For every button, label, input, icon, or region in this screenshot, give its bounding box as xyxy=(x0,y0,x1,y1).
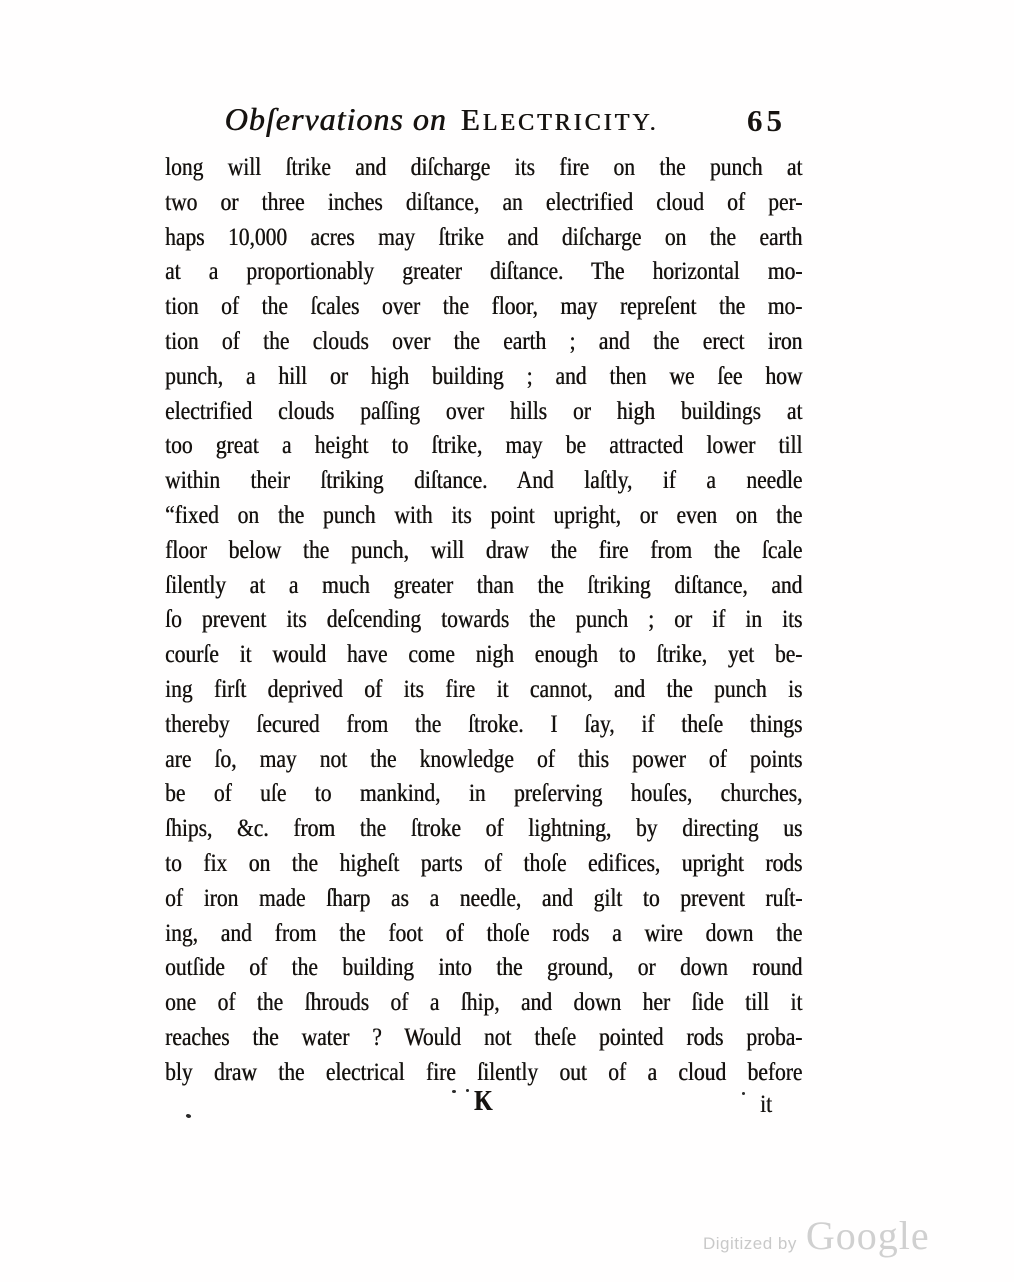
text-line: thereby ſecured from the ſtroke. I ſay, … xyxy=(165,707,802,742)
text-line: punch, a hill or high building ; and the… xyxy=(165,359,802,394)
ink-speck xyxy=(742,1092,745,1095)
text-line: too great a height to ſtrike, may be att… xyxy=(165,428,802,463)
catchword: it xyxy=(760,1087,772,1122)
text-line: to fix on the higheſt parts of thoſe edi… xyxy=(165,846,802,881)
text-line: are ſo, may not the knowledge of this po… xyxy=(165,742,802,777)
text-line: ing, and from the foot of thoſe rods a w… xyxy=(165,916,802,951)
text-line: tion of the clouds over the earth ; and … xyxy=(165,324,802,359)
text-line: electrified clouds paſſing over hills or… xyxy=(165,394,802,429)
digitized-by-label: Digitized by xyxy=(703,1234,797,1254)
page-title: Obſervations on ELECTRICITY. xyxy=(123,101,760,138)
signature-row: K it xyxy=(165,1085,802,1120)
ink-speck xyxy=(452,1090,456,1093)
text-line: ing firſt deprived of its fire it cannot… xyxy=(165,672,802,707)
text-line: ſhips, &c. from the ſtroke of lightning,… xyxy=(165,811,802,846)
text-line: of iron made ſharp as a needle, and gilt… xyxy=(165,881,802,916)
page-title-caps: ELECTRICITY. xyxy=(461,102,659,138)
text-line: outſide of the building into the ground,… xyxy=(165,950,802,985)
text-line: be of uſe to mankind, in preſerving houſ… xyxy=(165,776,802,811)
text-line: “fixed on the punch with its point uprig… xyxy=(165,498,802,533)
text-line: long will ſtrike and diſcharge its fire … xyxy=(165,150,802,185)
text-line: one of the ſhrouds of a ſhip, and down h… xyxy=(165,985,802,1020)
signature-mark: K xyxy=(474,1086,493,1117)
running-head: Obſervations on ELECTRICITY. 65 xyxy=(165,101,802,145)
signature-line: K it xyxy=(165,1084,802,1120)
text-line: tion of the ſcales over the floor, may r… xyxy=(165,289,802,324)
text-line: haps 10,000 acres may ſtrike and diſchar… xyxy=(165,220,802,255)
ink-speck xyxy=(466,1089,469,1092)
google-watermark: Digitized by Google xyxy=(703,1216,930,1256)
text-line: at a proportionably greater diſtance. Th… xyxy=(165,254,802,289)
text-line: ſilently at a much greater than the ſtri… xyxy=(165,568,802,603)
text-line: courſe it would have come nigh enough to… xyxy=(165,637,802,672)
page-title-italic: Obſervations on xyxy=(225,101,447,137)
google-logo: Google xyxy=(806,1216,930,1256)
body-text: long will ſtrike and diſcharge its fire … xyxy=(165,150,802,1090)
scanned-book-page: Obſervations on ELECTRICITY. 65 long wil… xyxy=(0,0,1014,1282)
text-line: floor below the punch, will draw the fir… xyxy=(165,533,802,568)
text-line: ſo prevent its deſcending towards the pu… xyxy=(165,602,802,637)
text-line: two or three inches diſtance, an electri… xyxy=(165,185,802,220)
text-line: within their ſtriking diſtance. And laſt… xyxy=(165,463,802,498)
page-number: 65 xyxy=(747,103,786,139)
text-line: reaches the water ? Would not theſe poin… xyxy=(165,1020,802,1055)
